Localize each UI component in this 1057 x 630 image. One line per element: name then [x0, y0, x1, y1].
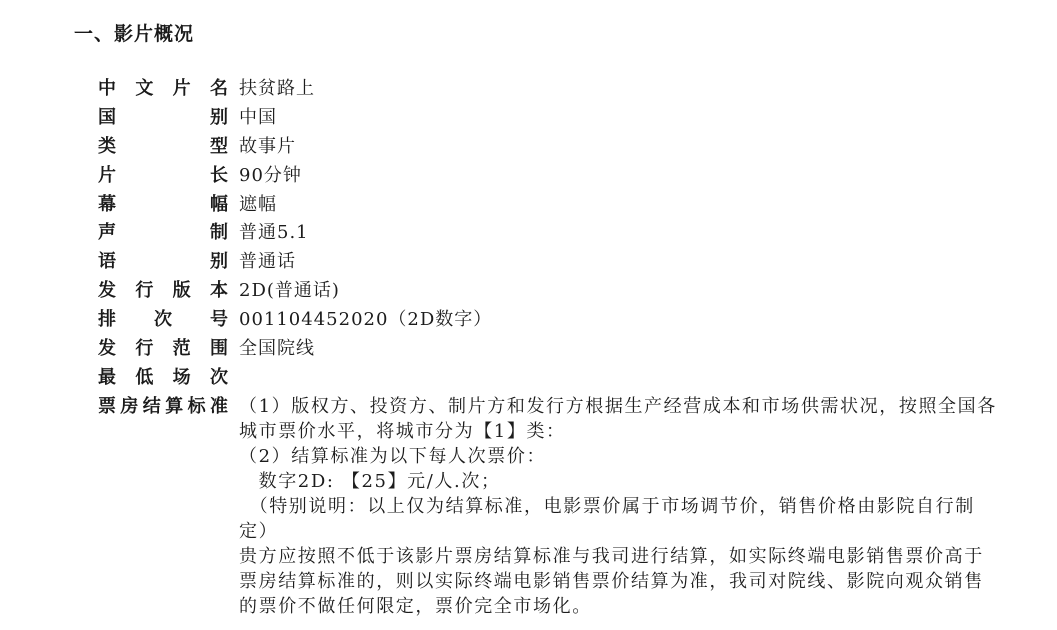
field-label: 片长: [98, 163, 228, 188]
settlement-line: 贵方应按照不低于该影片票房结算标准与我司进行结算，如实际终端电影销售票价高于: [239, 544, 998, 569]
field-row-release-version: 发行版本 2D(普通话): [98, 278, 998, 307]
field-label: 票房结算标准: [98, 394, 228, 419]
field-label: 最低场次: [98, 365, 228, 390]
field-value: 90分钟: [239, 163, 302, 188]
field-label: 声制: [98, 220, 228, 245]
field-value: 001104452020（2D数字）: [239, 307, 492, 332]
field-label: 幕幅: [98, 192, 228, 217]
field-value: 2D(普通话): [239, 278, 340, 303]
settlement-line: 票房结算标准的，则以实际终端电影销售票价结算为准，我司对院线、影院向观众销售: [239, 569, 998, 594]
field-value: 遮幅: [239, 192, 277, 217]
field-value: 普通5.1: [239, 220, 309, 245]
field-label: 发行范围: [98, 336, 228, 361]
settlement-line: 城市票价水平，将城市分为【1】类：: [239, 419, 998, 444]
field-label: 排次号: [98, 307, 228, 332]
settlement-line: 数字2D: 【25】元/人.次；: [239, 469, 998, 494]
field-row-chinese-title: 中文片名 扶贫路上: [98, 76, 998, 105]
field-value: 中国: [239, 105, 277, 130]
field-row-release-scope: 发行范围 全国院线: [98, 336, 998, 365]
field-row-runtime: 片长 90分钟: [98, 163, 998, 192]
field-value: 扶贫路上: [239, 76, 315, 101]
field-label: 发行版本: [98, 278, 228, 303]
settlement-line: （特别说明：以上仅为结算标准，电影票价属于市场调节价，销售价格由影院自行制: [239, 494, 998, 519]
field-row-genre: 类型 故事片: [98, 134, 998, 163]
field-label: 语别: [98, 249, 228, 274]
field-row-aspect: 幕幅 遮幅: [98, 192, 998, 221]
field-row-sound: 声制 普通5.1: [98, 220, 998, 249]
field-label: 国别: [98, 105, 228, 130]
field-row-serial-number: 排次号 001104452020（2D数字）: [98, 307, 998, 336]
field-value: 全国院线: [239, 336, 315, 361]
field-label: 类型: [98, 134, 228, 159]
field-value: 普通话: [239, 249, 296, 274]
settlement-line: 定）: [239, 519, 998, 544]
field-row-settlement-standard: 票房结算标准 （1）版权方、投资方、制片方和发行方根据生产经营成本和市场供需状况…: [98, 394, 998, 619]
field-row-min-screenings: 最低场次: [98, 365, 998, 394]
settlement-line: （1）版权方、投资方、制片方和发行方根据生产经营成本和市场供需状况，按照全国各: [239, 394, 998, 419]
settlement-paragraph: （1）版权方、投资方、制片方和发行方根据生产经营成本和市场供需状况，按照全国各 …: [239, 394, 998, 619]
field-value: 故事片: [239, 134, 296, 159]
film-overview-fields: 中文片名 扶贫路上 国别 中国 类型 故事片 片长 90分钟 幕幅 遮幅 声制 …: [98, 76, 998, 619]
settlement-line: （2）结算标准为以下每人次票价：: [239, 444, 998, 469]
settlement-line: 的票价不做任何限定，票价完全市场化。: [239, 594, 998, 619]
section-heading: 一、影片概况: [74, 19, 194, 46]
field-label: 中文片名: [98, 76, 228, 101]
field-row-country: 国别 中国: [98, 105, 998, 134]
field-row-language: 语别 普通话: [98, 249, 998, 278]
